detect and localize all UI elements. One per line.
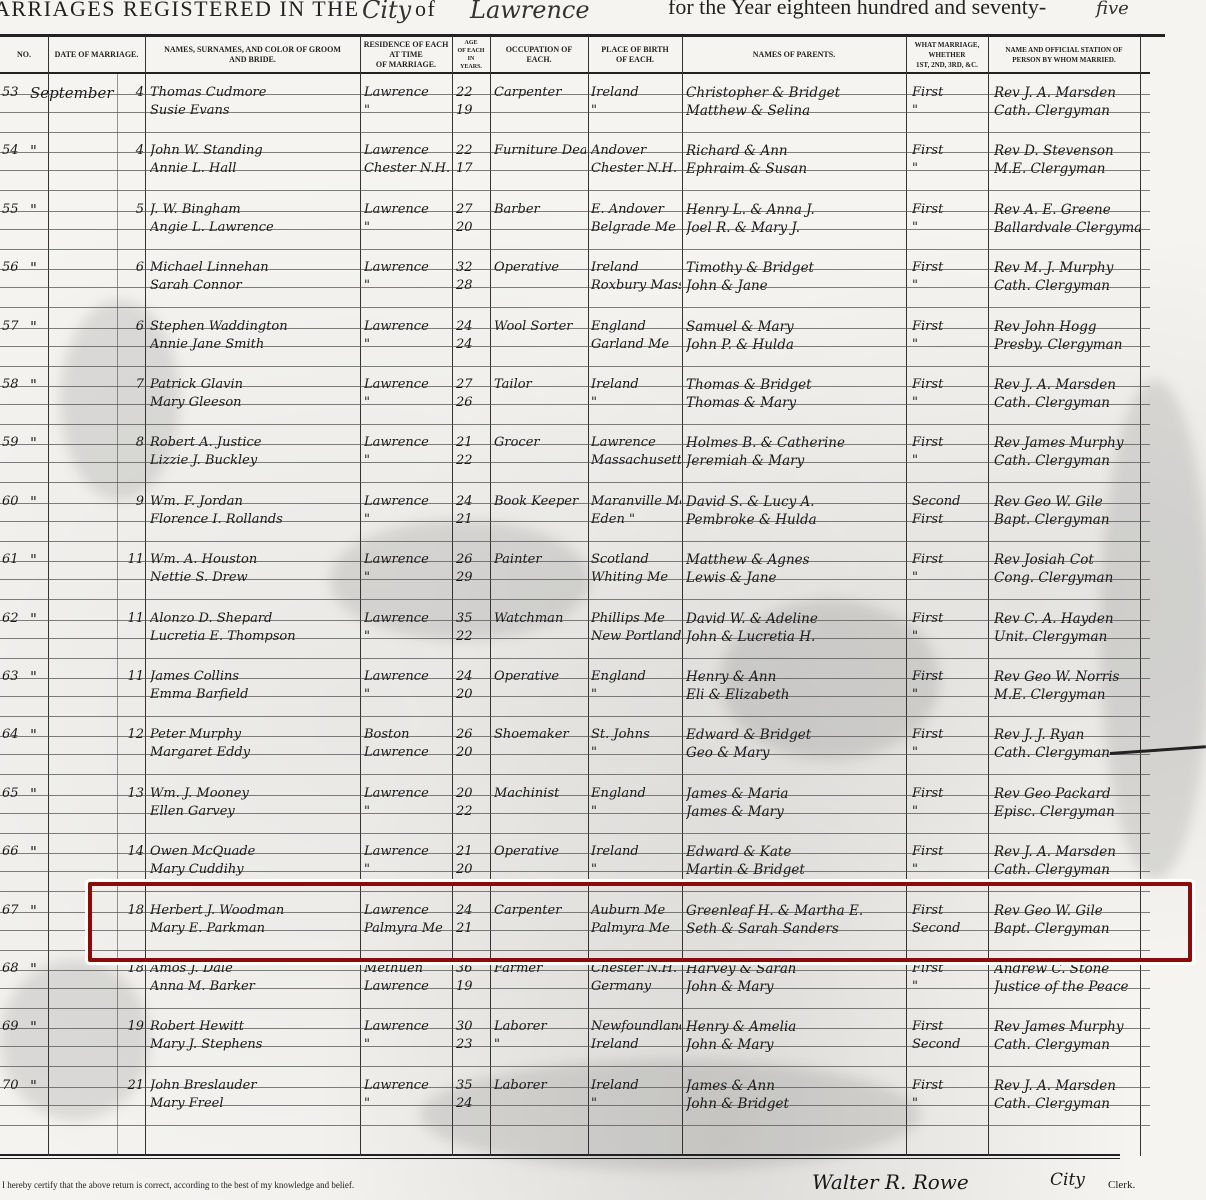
bride-marriage-order: " <box>912 160 986 178</box>
groom-residence: Lawrence <box>364 668 450 686</box>
marriage-entry: 61"11Wm. A. HoustonNettie S. DrewLawrenc… <box>0 543 1150 600</box>
bride-residence: Lawrence <box>364 978 450 996</box>
groom-name: Robert Hewitt <box>150 1018 358 1036</box>
groom-residence: Lawrence <box>364 259 450 277</box>
bride-birthplace: New Portland <box>591 628 681 646</box>
groom-parents: Samuel & Mary <box>686 318 904 336</box>
marriage-entry: 57"6Stephen WaddingtonAnnie Jane SmithLa… <box>0 310 1150 367</box>
groom-age: 20 <box>456 785 488 803</box>
bride-name: Sarah Connor <box>150 277 358 295</box>
marriage-entry: 54"4John W. StandingAnnie L. HallLawrenc… <box>0 134 1150 191</box>
bride-parents: John & Mary <box>686 1036 904 1054</box>
header-age: AGE of each in Years. <box>452 38 490 72</box>
groom-residence: Lawrence <box>364 84 450 102</box>
groom-birthplace: Ireland <box>591 259 681 277</box>
bride-parents: Eli & Elizabeth <box>686 686 904 704</box>
officiant-name: Rev J. A. Marsden <box>994 843 1140 861</box>
groom-birthplace: St. Johns <box>591 726 681 744</box>
marriage-entry: 69"19Robert HewittMary J. StephensLawren… <box>0 1010 1150 1067</box>
bride-age: 28 <box>456 277 488 295</box>
officiant-station: Ballardvale Clergyman <box>994 219 1140 237</box>
groom-age: 24 <box>456 493 488 511</box>
marriage-month: " <box>30 376 120 394</box>
title-printed: ARRIAGES REGISTERED IN THE <box>0 0 360 22</box>
groom-birthplace: Maranville Me <box>591 493 681 511</box>
bride-age: 20 <box>456 744 488 762</box>
groom-birthplace: Phillips Me <box>591 610 681 628</box>
marriage-day: 5 <box>120 201 144 219</box>
groom-marriage-order: First <box>912 610 986 628</box>
groom-birthplace: Scotland <box>591 551 681 569</box>
officiant-name: Rev Geo W. Gile <box>994 493 1140 511</box>
marriage-month: " <box>30 551 120 569</box>
groom-marriage-order: Second <box>912 493 986 511</box>
bride-birthplace: Garland Me <box>591 336 681 354</box>
bride-birthplace: Belgrade Me <box>591 219 681 237</box>
groom-age: 35 <box>456 1077 488 1095</box>
bride-parents: Lewis & Jane <box>686 569 904 587</box>
bride-age: 20 <box>456 219 488 237</box>
groom-residence: Lawrence <box>364 318 450 336</box>
bride-birthplace: Massachusetts <box>591 452 681 470</box>
bride-parents: Matthew & Selina <box>686 102 904 120</box>
officiant-name: Rev James Murphy <box>994 1018 1140 1036</box>
bride-parents: Ephraim & Susan <box>686 160 904 178</box>
marriage-day: 12 <box>120 726 144 744</box>
groom-birthplace: Ireland <box>591 1077 681 1095</box>
groom-residence: Lawrence <box>364 142 450 160</box>
title-place: Lawrence <box>470 0 590 24</box>
groom-marriage-order: First <box>912 668 986 686</box>
marriage-entry: 59"8Robert A. JusticeLizzie J. BuckleyLa… <box>0 426 1150 483</box>
marriage-day: 9 <box>120 493 144 511</box>
bride-birthplace: Ireland <box>591 1036 681 1054</box>
bride-name: Mary Freel <box>150 1095 358 1113</box>
bride-age: 24 <box>456 336 488 354</box>
officiant-station: Cath. Clergyman <box>994 452 1140 470</box>
header-what-marriage: WHAT MARRIAGE, Whether 1st, 2nd, 3rd, &c… <box>906 38 988 72</box>
marriage-day: 19 <box>120 1018 144 1036</box>
groom-parents: David S. & Lucy A. <box>686 493 904 511</box>
header-parents: NAMES OF PARENTS. <box>682 38 906 72</box>
groom-occupation: Laborer <box>494 1077 586 1095</box>
groom-name: Wm. J. Mooney <box>150 785 358 803</box>
marriage-entry: 53September4Thomas CudmoreSusie EvansLaw… <box>0 76 1150 133</box>
groom-age: 24 <box>456 318 488 336</box>
bride-age: 19 <box>456 978 488 996</box>
groom-parents: Edward & Bridget <box>686 726 904 744</box>
marriage-entry: 56"6Michael LinnehanSarah ConnorLawrence… <box>0 251 1150 308</box>
marriage-day: 13 <box>120 785 144 803</box>
groom-residence: Lawrence <box>364 376 450 394</box>
bride-age: 17 <box>456 160 488 178</box>
officiant-station: Cath. Clergyman <box>994 102 1140 120</box>
bride-marriage-order: Second <box>912 1036 986 1054</box>
groom-birthplace: Chester N.H. <box>591 960 681 978</box>
officiant-station: Unit. Clergyman <box>994 628 1140 646</box>
marriage-month: " <box>30 960 120 978</box>
marriage-month: " <box>30 493 120 511</box>
bride-birthplace: Germany <box>591 978 681 996</box>
marriage-month: " <box>30 726 120 744</box>
officiant-station: Presby. Clergyman <box>994 336 1140 354</box>
bride-residence: " <box>364 219 450 237</box>
groom-parents: Christopher & Bridget <box>686 84 904 102</box>
bride-marriage-order: " <box>912 803 986 821</box>
groom-marriage-order: First <box>912 1077 986 1095</box>
groom-occupation: Painter <box>494 551 586 569</box>
header-names: NAMES, SURNAMES, AND COLOR OF GROOM AND … <box>145 38 360 72</box>
groom-birthplace: Ireland <box>591 843 681 861</box>
bride-age: 21 <box>456 511 488 529</box>
marriage-month: " <box>30 843 120 861</box>
groom-parents: Holmes B. & Catherine <box>686 434 904 452</box>
bride-marriage-order: " <box>912 1095 986 1113</box>
highlighted-entry-box <box>88 882 1192 962</box>
groom-name: Wm. A. Houston <box>150 551 358 569</box>
groom-parents: Richard & Ann <box>686 142 904 160</box>
groom-parents: Henry L. & Anna J. <box>686 201 904 219</box>
bride-name: Mary Gleeson <box>150 394 358 412</box>
groom-marriage-order: First <box>912 551 986 569</box>
groom-occupation: Furniture Dealer <box>494 142 586 160</box>
title-year-hand: five <box>1096 0 1129 19</box>
groom-occupation: Machinist <box>494 785 586 803</box>
groom-occupation: Carpenter <box>494 84 586 102</box>
groom-residence: Lawrence <box>364 610 450 628</box>
marriage-entry: 55"5J. W. BinghamAngie L. LawrenceLawren… <box>0 193 1150 250</box>
bride-marriage-order: " <box>912 336 986 354</box>
groom-occupation: Operative <box>494 843 586 861</box>
bride-parents: John & Jane <box>686 277 904 295</box>
bride-parents: James & Mary <box>686 803 904 821</box>
officiant-station: M.E. Clergyman <box>994 160 1140 178</box>
groom-residence: Lawrence <box>364 1018 450 1036</box>
bride-name: Lucretia E. Thompson <box>150 628 358 646</box>
groom-parents: Thomas & Bridget <box>686 376 904 394</box>
groom-occupation: Laborer <box>494 1018 586 1036</box>
bride-residence: " <box>364 277 450 295</box>
officiant-station: Justice of the Peace <box>994 978 1140 996</box>
groom-residence: Boston <box>364 726 450 744</box>
bride-name: Mary Cuddihy <box>150 861 358 879</box>
bride-age: 24 <box>456 1095 488 1113</box>
groom-parents: Henry & Amelia <box>686 1018 904 1036</box>
bride-marriage-order: First <box>912 511 986 529</box>
officiant-name: Rev J. J. Ryan <box>994 726 1140 744</box>
officiant-name: Rev James Murphy <box>994 434 1140 452</box>
marriage-entry: 64"12Peter MurphyMargaret EddyBostonLawr… <box>0 718 1150 775</box>
bride-birthplace: " <box>591 803 681 821</box>
bride-parents: Pembroke & Hulda <box>686 511 904 529</box>
bride-name: Anna M. Barker <box>150 978 358 996</box>
bride-marriage-order: " <box>912 686 986 704</box>
marriage-entry: 60"9Wm. F. JordanFlorence I. RollandsLaw… <box>0 485 1150 542</box>
groom-marriage-order: First <box>912 142 986 160</box>
bride-parents: John & Lucretia H. <box>686 628 904 646</box>
bride-marriage-order: " <box>912 861 986 879</box>
bride-residence: " <box>364 1095 450 1113</box>
officiant-name: Rev Josiah Cot <box>994 551 1140 569</box>
groom-age: 30 <box>456 1018 488 1036</box>
groom-parents: Henry & Ann <box>686 668 904 686</box>
bride-birthplace: Eden " <box>591 511 681 529</box>
groom-birthplace: Newfoundland <box>591 1018 681 1036</box>
marriage-month: " <box>30 434 120 452</box>
officiant-station: Cath. Clergyman <box>994 1036 1140 1054</box>
bride-parents: Joel R. & Mary J. <box>686 219 904 237</box>
groom-age: 24 <box>456 668 488 686</box>
groom-residence: Lawrence <box>364 201 450 219</box>
groom-occupation: Operative <box>494 259 586 277</box>
marriage-month: " <box>30 259 120 277</box>
groom-occupation: Book Keeper <box>494 493 586 511</box>
officiant-name: Rev M. J. Murphy <box>994 259 1140 277</box>
groom-name: Alonzo D. Shepard <box>150 610 358 628</box>
bride-residence: " <box>364 628 450 646</box>
groom-residence: Lawrence <box>364 551 450 569</box>
bride-marriage-order: " <box>912 277 986 295</box>
groom-marriage-order: First <box>912 843 986 861</box>
bride-residence: " <box>364 686 450 704</box>
marriage-month: September <box>30 84 120 102</box>
groom-name: Peter Murphy <box>150 726 358 744</box>
officiant-station: Cath. Clergyman <box>994 394 1140 412</box>
table-bottom-rule-2 <box>0 1158 1120 1159</box>
marriage-month: " <box>30 785 120 803</box>
officiant-station: M.E. Clergyman <box>994 686 1140 704</box>
bride-occupation: " <box>494 1036 586 1054</box>
bride-name: Angie L. Lawrence <box>150 219 358 237</box>
groom-marriage-order: First <box>912 376 986 394</box>
groom-name: Amos J. Dale <box>150 960 358 978</box>
groom-marriage-order: First <box>912 726 986 744</box>
table-bottom-rule <box>0 1154 1120 1156</box>
groom-age: 22 <box>456 84 488 102</box>
marriage-day: 11 <box>120 610 144 628</box>
groom-marriage-order: First <box>912 785 986 803</box>
bride-name: Mary J. Stephens <box>150 1036 358 1054</box>
bride-marriage-order: " <box>912 219 986 237</box>
groom-occupation: Barber <box>494 201 586 219</box>
bride-birthplace: " <box>591 1095 681 1113</box>
groom-age: 32 <box>456 259 488 277</box>
title-place-type: City <box>362 0 411 24</box>
groom-birthplace: E. Andover <box>591 201 681 219</box>
officiant-name: Rev Geo W. Norris <box>994 668 1140 686</box>
header-top-rule <box>0 34 1165 37</box>
groom-marriage-order: First <box>912 960 986 978</box>
bride-age: 20 <box>456 686 488 704</box>
groom-age: 27 <box>456 201 488 219</box>
groom-name: Michael Linnehan <box>150 259 358 277</box>
groom-marriage-order: First <box>912 318 986 336</box>
officiant-name: Rev J. A. Marsden <box>994 84 1140 102</box>
groom-name: Patrick Glavin <box>150 376 358 394</box>
marriage-month: " <box>30 1018 120 1036</box>
groom-name: Robert A. Justice <box>150 434 358 452</box>
clerk-city-hand: City <box>1050 1170 1085 1190</box>
groom-occupation: Operative <box>494 668 586 686</box>
header-occupation: OCCUPATION OF EACH. <box>490 38 588 72</box>
bride-marriage-order: " <box>912 452 986 470</box>
marriage-day: 4 <box>120 142 144 160</box>
officiant-station: Cath. Clergyman <box>994 1095 1140 1113</box>
bride-marriage-order: " <box>912 569 986 587</box>
marriage-entry: 58"7Patrick GlavinMary GleesonLawrence"2… <box>0 368 1150 425</box>
header-residence: RESIDENCE OF EACH AT TIME OF MARRIAGE. <box>360 38 452 72</box>
bride-marriage-order: " <box>912 394 986 412</box>
bride-age: 19 <box>456 102 488 120</box>
officiant-name: Rev John Hogg <box>994 318 1140 336</box>
officiant-station: Cath. Clergyman <box>994 861 1140 879</box>
bride-age: 22 <box>456 803 488 821</box>
marriage-day: 11 <box>120 668 144 686</box>
groom-residence: Lawrence <box>364 785 450 803</box>
marriage-month: " <box>30 318 120 336</box>
marriage-day: 6 <box>120 318 144 336</box>
bride-name: Susie Evans <box>150 102 358 120</box>
marriage-day: 7 <box>120 376 144 394</box>
groom-age: 22 <box>456 142 488 160</box>
groom-parents: James & Maria <box>686 785 904 803</box>
groom-birthplace: Ireland <box>591 376 681 394</box>
certification-footer: I hereby certify that the above return i… <box>0 1176 1206 1200</box>
bride-age: 22 <box>456 452 488 470</box>
officiant-name: Andrew C. Stone <box>994 960 1140 978</box>
groom-name: Thomas Cudmore <box>150 84 358 102</box>
groom-parents: Matthew & Agnes <box>686 551 904 569</box>
groom-name: John W. Standing <box>150 142 358 160</box>
bride-birthplace: " <box>591 102 681 120</box>
groom-residence: Lawrence <box>364 1077 450 1095</box>
officiant-name: Rev A. E. Greene <box>994 201 1140 219</box>
groom-age: 35 <box>456 610 488 628</box>
groom-birthplace: Andover <box>591 142 681 160</box>
bride-age: 26 <box>456 394 488 412</box>
groom-parents: Timothy & Bridget <box>686 259 904 277</box>
bride-name: Emma Barfield <box>150 686 358 704</box>
groom-age: 26 <box>456 726 488 744</box>
groom-marriage-order: First <box>912 84 986 102</box>
bride-name: Florence I. Rollands <box>150 511 358 529</box>
bride-marriage-order: " <box>912 744 986 762</box>
bride-birthplace: " <box>591 686 681 704</box>
groom-marriage-order: First <box>912 1018 986 1036</box>
header-bottom-rule <box>0 72 1150 74</box>
bride-residence: " <box>364 394 450 412</box>
marriage-day: 21 <box>120 1077 144 1095</box>
bride-age: 23 <box>456 1036 488 1054</box>
groom-residence: Lawrence <box>364 493 450 511</box>
groom-age: 27 <box>456 376 488 394</box>
header-birthplace: PLACE OF BIRTH OF EACH. <box>588 38 682 72</box>
groom-birthplace: Lawrence <box>591 434 681 452</box>
bride-residence: " <box>364 102 450 120</box>
register-title: ARRIAGES REGISTERED IN THE City of Lawre… <box>0 0 1206 34</box>
marriage-entry: 62"11Alonzo D. ShepardLucretia E. Thomps… <box>0 602 1150 659</box>
marriage-day: 8 <box>120 434 144 452</box>
bride-birthplace: Roxbury Mass <box>591 277 681 295</box>
bride-parents: Martin & Bridget <box>686 861 904 879</box>
marriage-month: " <box>30 201 120 219</box>
bride-residence: " <box>364 336 450 354</box>
bride-name: Margaret Eddy <box>150 744 358 762</box>
bride-name: Annie L. Hall <box>150 160 358 178</box>
groom-age: 21 <box>456 434 488 452</box>
bride-parents: John & Bridget <box>686 1095 904 1113</box>
officiant-name: Rev Geo Packard <box>994 785 1140 803</box>
groom-name: James Collins <box>150 668 358 686</box>
bride-birthplace: Whiting Me <box>591 569 681 587</box>
groom-name: J. W. Bingham <box>150 201 358 219</box>
officiant-station: Episc. Clergyman <box>994 803 1140 821</box>
bride-name: Nettie S. Drew <box>150 569 358 587</box>
officiant-name: Rev C. A. Hayden <box>994 610 1140 628</box>
bride-residence: Chester N.H. <box>364 160 450 178</box>
bride-marriage-order: " <box>912 978 986 996</box>
header-no: NO. <box>0 38 48 72</box>
officiant-name: Rev D. Stevenson <box>994 142 1140 160</box>
groom-occupation: Watchman <box>494 610 586 628</box>
groom-birthplace: England <box>591 318 681 336</box>
bride-residence: " <box>364 803 450 821</box>
groom-residence: Lawrence <box>364 434 450 452</box>
marriage-month: " <box>30 142 120 160</box>
clerk-signature: Walter R. Rowe <box>812 1170 969 1194</box>
bride-parents: Thomas & Mary <box>686 394 904 412</box>
groom-occupation: Shoemaker <box>494 726 586 744</box>
officiant-station: Bapt. Clergyman <box>994 511 1140 529</box>
marriage-entry: 63"11James CollinsEmma BarfieldLawrence"… <box>0 660 1150 717</box>
bride-name: Annie Jane Smith <box>150 336 358 354</box>
groom-birthplace: England <box>591 785 681 803</box>
marriage-day: 18 <box>120 960 144 978</box>
register-page: ARRIAGES REGISTERED IN THE City of Lawre… <box>0 0 1206 1200</box>
bride-parents: John P. & Hulda <box>686 336 904 354</box>
bride-residence: " <box>364 1036 450 1054</box>
groom-age: 26 <box>456 551 488 569</box>
bride-parents: Geo & Mary <box>686 744 904 762</box>
groom-parents: Harvey & Sarah <box>686 960 904 978</box>
officiant-name: Rev J. A. Marsden <box>994 1077 1140 1095</box>
bride-residence: " <box>364 861 450 879</box>
marriage-day: 4 <box>120 84 144 102</box>
groom-birthplace: Ireland <box>591 84 681 102</box>
marriage-entry: 65"13Wm. J. MooneyEllen GarveyLawrence"2… <box>0 777 1150 834</box>
bride-name: Lizzie J. Buckley <box>150 452 358 470</box>
groom-name: John Breslauder <box>150 1077 358 1095</box>
bride-parents: John & Mary <box>686 978 904 996</box>
bride-marriage-order: " <box>912 102 986 120</box>
groom-occupation: Farmer <box>494 960 586 978</box>
groom-name: Stephen Waddington <box>150 318 358 336</box>
marriage-entry: 70"21John BreslauderMary FreelLawrence"3… <box>0 1069 1150 1126</box>
certification-text: I hereby certify that the above return i… <box>2 1180 354 1190</box>
marriage-month: " <box>30 610 120 628</box>
groom-age: 36 <box>456 960 488 978</box>
officiant-station: Cath. Clergyman <box>994 277 1140 295</box>
bride-age: 20 <box>456 861 488 879</box>
groom-parents: Edward & Kate <box>686 843 904 861</box>
groom-occupation: Grocer <box>494 434 586 452</box>
bride-birthplace: Chester N.H. <box>591 160 681 178</box>
bride-residence: Lawrence <box>364 744 450 762</box>
clerk-title: Clerk. <box>1108 1179 1135 1191</box>
officiant-station: Cong. Clergyman <box>994 569 1140 587</box>
officiant-name: Rev J. A. Marsden <box>994 376 1140 394</box>
title-year: for the Year eighteen hundred and sevent… <box>668 0 1046 20</box>
